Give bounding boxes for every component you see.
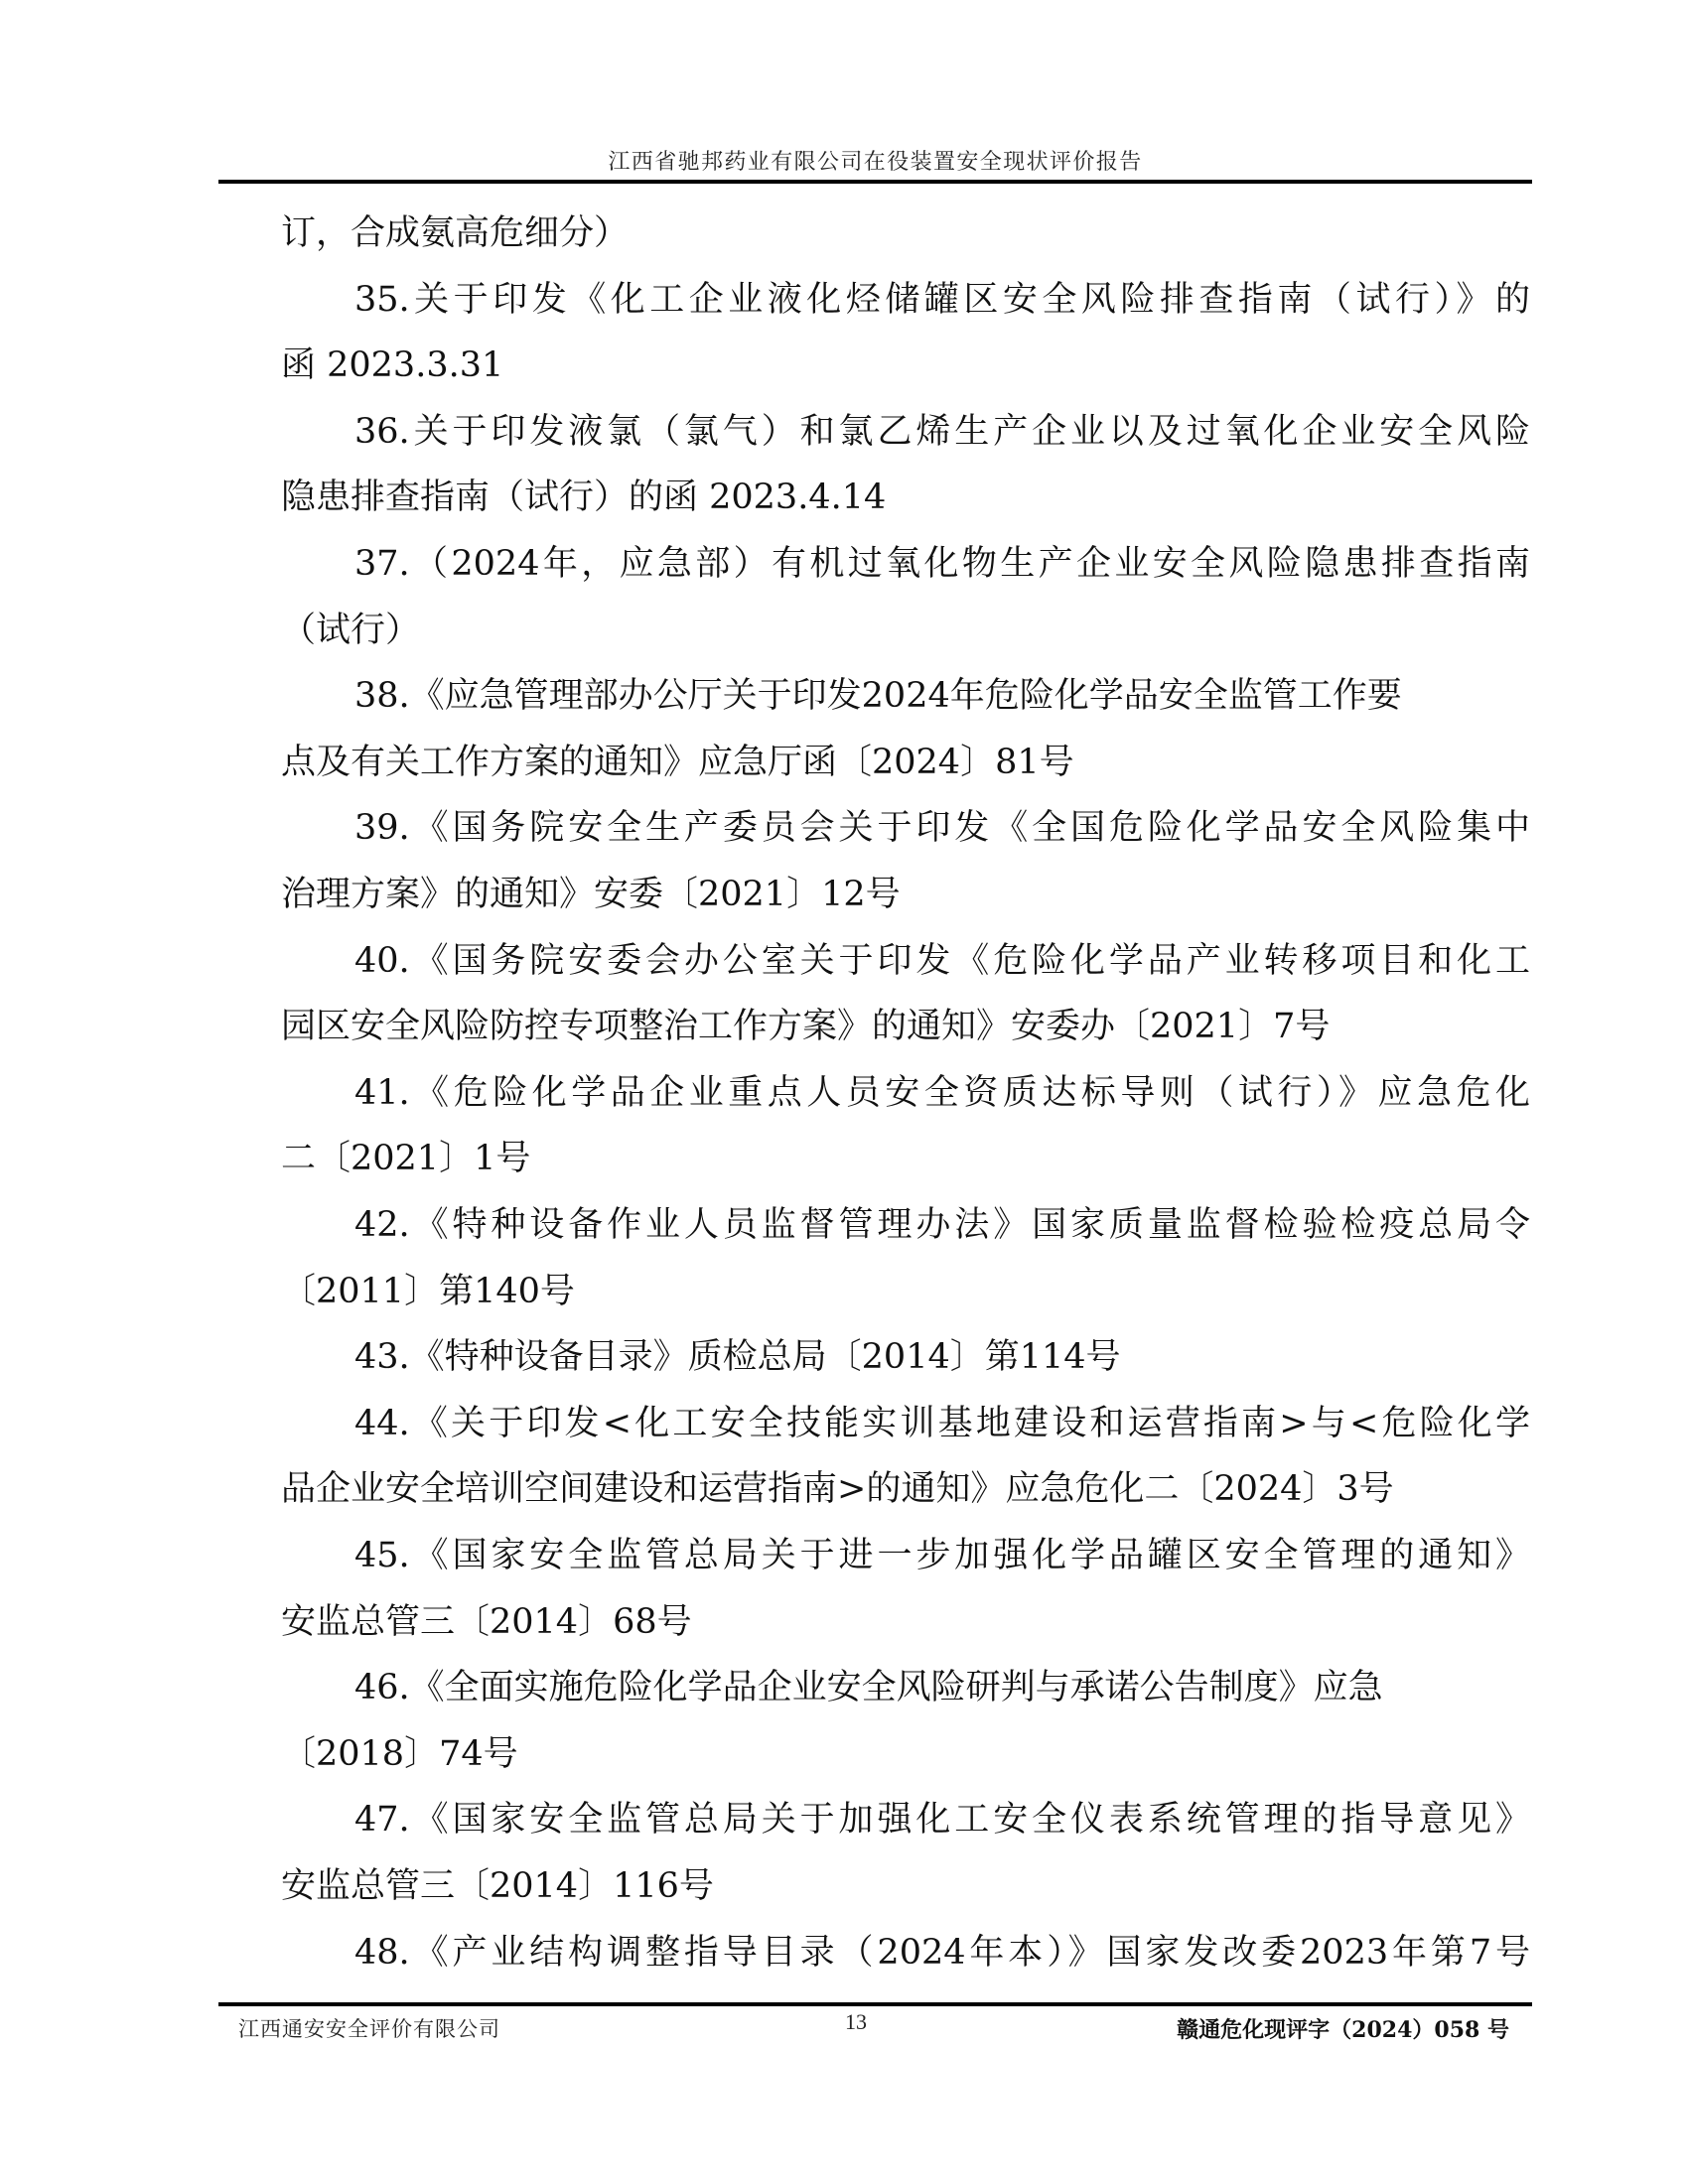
footer-doc-number: 赣通危化现评字（2024）058 号: [1177, 2013, 1509, 2044]
header-divider: [218, 180, 1532, 184]
list-item-start-line: 37.（2024年，应急部）有机过氧化物生产企业安全风险隐患排查指南: [354, 539, 1530, 589]
list-item-continuation-line: 函 2023.3.31: [281, 341, 503, 390]
list-item-continuation-line: 点及有关工作方案的通知》应急厅函〔2024〕81号: [281, 738, 1074, 787]
document-page: 江西省驰邦药业有限公司在役装置安全现状评价报告 订，合成氨高危细分）35.关于印…: [0, 0, 1688, 2184]
list-item-start-line: 38.《应急管理部办公厅关于印发2024年危险化学品安全监管工作要: [354, 671, 1402, 721]
running-header: 江西省驰邦药业有限公司在役装置安全现状评价报告: [218, 145, 1532, 175]
list-item-start-line: 45.《国家安全监管总局关于进一步加强化学品罐区安全管理的通知》: [354, 1531, 1530, 1580]
list-item-start-line: 48.《产业结构调整指导目录（2024年本）》国家发改委2023年第7号: [354, 1928, 1530, 1978]
list-item-continuation-line: 〔2018〕74号: [281, 1729, 518, 1779]
list-item-continuation-line: 安监总管三〔2014〕116号: [281, 1861, 714, 1911]
footer-divider: [218, 2002, 1532, 2006]
list-item-start-line: 46.《全面实施危险化学品企业安全风险研判与承诺公告制度》应急: [354, 1663, 1383, 1712]
list-item-start-line: 40.《国务院安委会办公室关于印发《危险化学品产业转移项目和化工: [354, 936, 1530, 986]
page-number: 13: [840, 2009, 872, 2035]
list-item-continuation-line: 品企业安全培训空间建设和运营指南>的通知》应急危化二〔2024〕3号: [281, 1464, 1394, 1514]
list-item-continuation-line: 〔2011〕第140号: [281, 1267, 575, 1316]
list-item-continuation-line: （试行）: [281, 606, 420, 655]
list-item-continuation-line: 二〔2021〕1号: [281, 1134, 530, 1183]
list-item-start-line: 47.《国家安全监管总局关于加强化工安全仪表系统管理的指导意见》: [354, 1795, 1530, 1844]
list-item-start-line: 41.《危险化学品企业重点人员安全资质达标导则（试行）》应急危化: [354, 1068, 1530, 1118]
list-item-start-line: 39.《国务院安全生产委员会关于印发《全国危险化学品安全风险集中: [354, 803, 1530, 853]
list-item-continuation-line: 隐患排查指南（试行）的函 2023.4.14: [281, 473, 886, 522]
list-item-start-line: 35.关于印发《化工企业液化烃储罐区安全风险排查指南（试行）》的: [354, 275, 1530, 325]
list-item-continuation-line: 订，合成氨高危细分）: [281, 208, 629, 258]
list-item-start-line: 43.《特种设备目录》质检总局〔2014〕第114号: [354, 1332, 1121, 1382]
list-item-start-line: 44.《关于印发<化工安全技能实训基地建设和运营指南>与<危险化学: [354, 1399, 1530, 1448]
list-item-start-line: 36.关于印发液氯（氯气）和氯乙烯生产企业以及过氧化企业安全风险: [354, 407, 1530, 457]
list-item-continuation-line: 园区安全风险防控专项整治工作方案》的通知》安委办〔2021〕7号: [281, 1002, 1330, 1051]
footer-company: 江西通安安全评价有限公司: [238, 2013, 500, 2043]
list-item-continuation-line: 治理方案》的通知》安委〔2021〕12号: [281, 870, 901, 919]
list-item-start-line: 42.《特种设备作业人员监督管理办法》国家质量监督检验检疫总局令: [354, 1200, 1530, 1250]
list-item-continuation-line: 安监总管三〔2014〕68号: [281, 1597, 692, 1647]
